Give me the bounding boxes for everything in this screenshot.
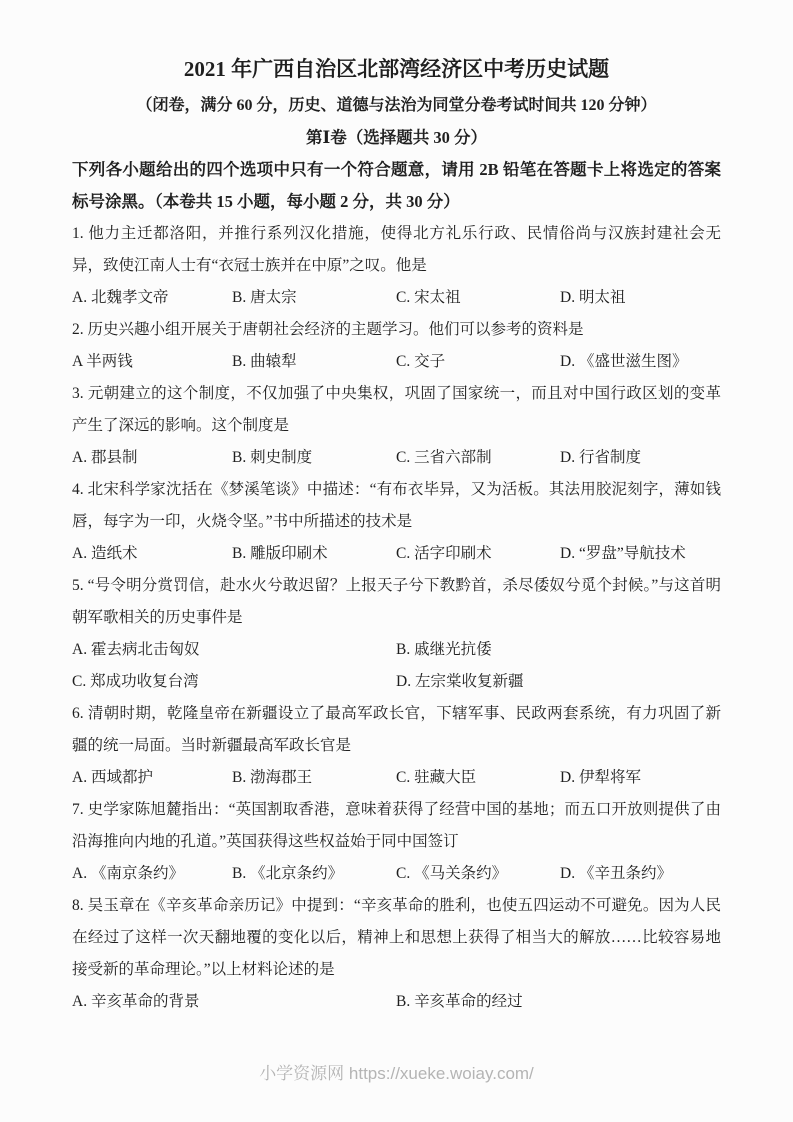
option-c: C. 郑成功收复台湾 — [72, 666, 396, 698]
question-options: A. 《南京条约》 B. 《北京条约》 C. 《马关条约》 D. 《辛丑条约》 — [72, 858, 721, 890]
option-d: D. 行省制度 — [560, 442, 721, 474]
option-b: B. 《北京条约》 — [232, 858, 396, 890]
option-b: B. 渤海郡王 — [232, 762, 396, 794]
question-stem: 8. 吴玉章在《辛亥革命亲历记》中提到：“辛亥革命的胜利，也使五四运动不可避免。… — [72, 890, 721, 986]
question-8: 8. 吴玉章在《辛亥革命亲历记》中提到：“辛亥革命的胜利，也使五四运动不可避免。… — [72, 890, 721, 1018]
question-stem: 3. 元朝建立的这个制度，不仅加强了中央集权，巩固了国家统一，而且对中国行政区划… — [72, 378, 721, 442]
question-options: A. 北魏孝文帝 B. 唐太宗 C. 宋太祖 D. 明太祖 — [72, 282, 721, 314]
option-c: C. 宋太祖 — [396, 282, 560, 314]
option-c: C. 交子 — [396, 346, 560, 378]
question-options: A. 西域都护 B. 渤海郡王 C. 驻藏大臣 D. 伊犁将军 — [72, 762, 721, 794]
question-3: 3. 元朝建立的这个制度，不仅加强了中央集权，巩固了国家统一，而且对中国行政区划… — [72, 378, 721, 474]
question-4: 4. 北宋科学家沈括在《梦溪笔谈》中描述：“有布衣毕异，又为活板。其法用胶泥刻字… — [72, 474, 721, 570]
section-heading: 第Ⅰ卷（选择题共 30 分） — [72, 122, 721, 154]
option-d: D. 《盛世滋生图》 — [560, 346, 721, 378]
option-d: D. “罗盘”导航技术 — [560, 538, 721, 570]
option-c: C. 三省六部制 — [396, 442, 560, 474]
question-6: 6. 清朝时期，乾隆皇帝在新疆设立了最高军政长官，下辖军事、民政两套系统，有力巩… — [72, 698, 721, 794]
option-b: B. 刺史制度 — [232, 442, 396, 474]
question-stem: 4. 北宋科学家沈括在《梦溪笔谈》中描述：“有布衣毕异，又为活板。其法用胶泥刻字… — [72, 474, 721, 538]
question-stem: 1. 他力主迁都洛阳，并推行系列汉化措施，使得北方礼乐行政、民情俗尚与汉族封建社… — [72, 218, 721, 282]
option-d: D. 左宗棠收复新疆 — [396, 666, 721, 698]
option-d: D. 明太祖 — [560, 282, 721, 314]
option-d: D. 伊犁将军 — [560, 762, 721, 794]
option-c: C. 驻藏大臣 — [396, 762, 560, 794]
footer-watermark: 小学资源网 https://xueke.woiay.com/ — [72, 1062, 721, 1086]
option-c: C. 活字印刷术 — [396, 538, 560, 570]
option-c: C. 《马关条约》 — [396, 858, 560, 890]
instructions-text: 下列各小题给出的四个选项中只有一个符合题意，请用 2B 铅笔在答题卡上将选定的答… — [72, 154, 721, 218]
option-a: A. 霍去病北击匈奴 — [72, 634, 396, 666]
option-a: A. 西域都护 — [72, 762, 232, 794]
question-stem: 5. “号令明分赏罚信，赴水火兮敢迟留？上报天子兮下教黔首，杀尽倭奴兮觅个封候。… — [72, 570, 721, 634]
option-b: B. 雕版印刷术 — [232, 538, 396, 570]
question-options: A. 霍去病北击匈奴 B. 戚继光抗倭 C. 郑成功收复台湾 D. 左宗棠收复新… — [72, 634, 721, 698]
question-options: A. 郡县制 B. 刺史制度 C. 三省六部制 D. 行省制度 — [72, 442, 721, 474]
exam-paper-page: 2021 年广西自治区北部湾经济区中考历史试题 （闭卷，满分 60 分，历史、道… — [0, 0, 793, 1122]
question-options: A. 辛亥革命的背景 B. 辛亥革命的经过 — [72, 986, 721, 1018]
option-a: A 半两钱 — [72, 346, 232, 378]
option-b: B. 戚继光抗倭 — [396, 634, 721, 666]
question-5: 5. “号令明分赏罚信，赴水火兮敢迟留？上报天子兮下教黔首，杀尽倭奴兮觅个封候。… — [72, 570, 721, 698]
option-a: A. 《南京条约》 — [72, 858, 232, 890]
option-b: B. 曲辕犁 — [232, 346, 396, 378]
question-stem: 7. 史学家陈旭麓指出：“英国割取香港，意味着获得了经营中国的基地；而五口开放则… — [72, 794, 721, 858]
question-1: 1. 他力主迁都洛阳，并推行系列汉化措施，使得北方礼乐行政、民情俗尚与汉族封建社… — [72, 218, 721, 314]
question-options: A 半两钱 B. 曲辕犁 C. 交子 D. 《盛世滋生图》 — [72, 346, 721, 378]
option-d: D. 《辛丑条约》 — [560, 858, 721, 890]
question-2: 2. 历史兴趣小组开展关于唐朝社会经济的主题学习。他们可以参考的资料是 A 半两… — [72, 314, 721, 378]
question-stem: 2. 历史兴趣小组开展关于唐朝社会经济的主题学习。他们可以参考的资料是 — [72, 314, 721, 346]
option-a: A. 北魏孝文帝 — [72, 282, 232, 314]
question-stem: 6. 清朝时期，乾隆皇帝在新疆设立了最高军政长官，下辖军事、民政两套系统，有力巩… — [72, 698, 721, 762]
question-7: 7. 史学家陈旭麓指出：“英国割取香港，意味着获得了经营中国的基地；而五口开放则… — [72, 794, 721, 890]
option-a: A. 郡县制 — [72, 442, 232, 474]
option-b: B. 唐太宗 — [232, 282, 396, 314]
page-title: 2021 年广西自治区北部湾经济区中考历史试题 — [72, 48, 721, 90]
option-a: A. 造纸术 — [72, 538, 232, 570]
question-options: A. 造纸术 B. 雕版印刷术 C. 活字印刷术 D. “罗盘”导航技术 — [72, 538, 721, 570]
option-b: B. 辛亥革命的经过 — [396, 986, 721, 1018]
option-a: A. 辛亥革命的背景 — [72, 986, 396, 1018]
exam-subtitle: （闭卷，满分 60 分，历史、道德与法治为同堂分卷考试时间共 120 分钟） — [72, 90, 721, 122]
